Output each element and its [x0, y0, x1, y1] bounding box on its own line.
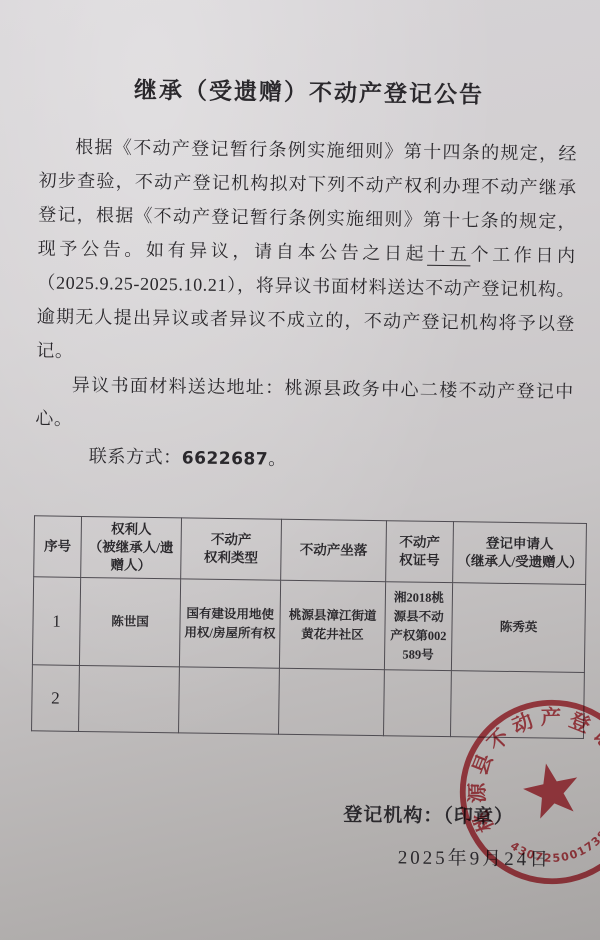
col-header-index: 序号: [34, 516, 82, 578]
paragraph-main: 根据《不动产登记暂行条例实施细则》第十四条的规定，经初步查验，不动产登记机构拟对…: [36, 129, 577, 374]
contact-number: 6622687: [182, 448, 269, 469]
cell-index: 1: [32, 577, 80, 666]
col-header-rights-holder: 权利人 （被继承人/遗赠人）: [81, 516, 182, 578]
contact-suffix: 。: [268, 449, 287, 469]
seal-arc-text: 桃源县不动产登记中心: [449, 688, 600, 837]
paragraph-contact: 联系方式：6622687。: [35, 438, 573, 481]
document-title: 继承（受遗赠）不动产登记公告: [40, 70, 578, 111]
cell-location: [278, 668, 384, 735]
document-page: 继承（受遗赠）不动产登记公告 根据《不动产登记暂行条例实施细则》第十四条的规定，…: [0, 0, 600, 940]
seal-star: [519, 758, 584, 821]
col-header-applicant: 登记申请人 （继承人/受遗赠人）: [453, 522, 587, 585]
document-body: 根据《不动产登记暂行条例实施细则》第十四条的规定，经初步查验，不动产登记机构拟对…: [35, 129, 578, 480]
cell-location: 桃源县漳江街道黄花井社区: [279, 580, 385, 669]
table-row: 1 陈世国 国有建设用地使用权/房屋所有权 桃源县漳江街道黄花井社区 湘2018…: [32, 577, 585, 673]
paragraph-address: 异议书面材料送达地址：桃源县政务中心二楼不动产登记中心。: [35, 367, 574, 443]
table-header-row: 序号 权利人 （被继承人/遗赠人） 不动产 权利类型 不动产坐落 不动产 权证号…: [34, 516, 587, 585]
seal-number: 4307250017382: [506, 818, 600, 874]
cell-certificate-no: 湘2018桃源县不动产权第002589号: [384, 582, 452, 671]
photo-background: { "document": { "title": "继承（受遗赠）不动产登记公告…: [0, 0, 600, 940]
contact-label: 联系方式：: [89, 446, 182, 467]
cell-right-type: [179, 667, 280, 734]
cell-index: 2: [32, 665, 80, 732]
cell-applicant: 陈秀英: [451, 583, 585, 673]
underlined-term: 十五: [427, 244, 471, 265]
cell-rights-holder: 陈世国: [79, 577, 180, 666]
col-header-certificate-no: 不动产 权证号: [386, 521, 454, 583]
col-header-right-type: 不动产 权利类型: [181, 518, 282, 580]
col-header-location: 不动产坐落: [281, 519, 387, 581]
cell-right-type: 国有建设用地使用权/房屋所有权: [179, 579, 280, 668]
cell-rights-holder: [79, 665, 180, 732]
